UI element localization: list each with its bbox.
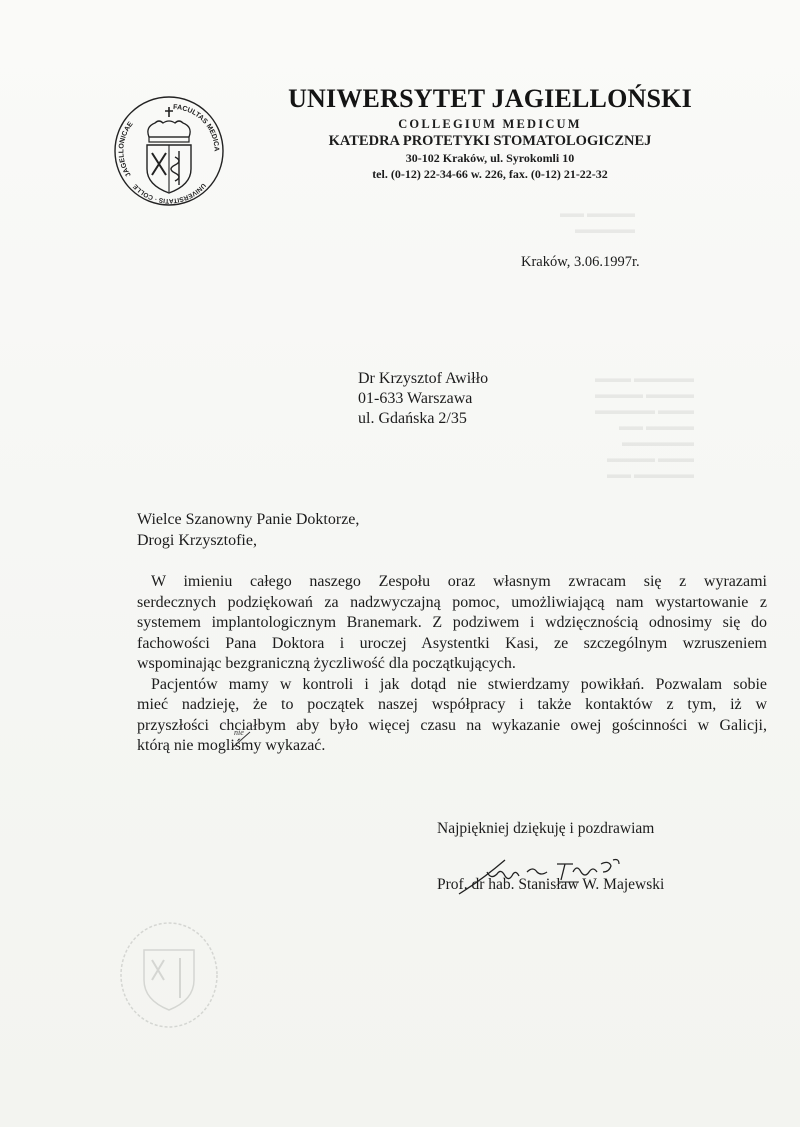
- collegium-name: COLLEGIUM MEDICUM: [270, 116, 710, 132]
- letterhead: UNIWERSYTET JAGIELLOŃSKI COLLEGIUM MEDIC…: [270, 84, 710, 182]
- svg-text:nie: nie: [234, 728, 244, 737]
- body-line: W imieniu całego naszego Zespołu oraz wł…: [137, 572, 767, 593]
- svg-text:JAGELLONICAE: JAGELLONICAE: [118, 121, 135, 178]
- recipient-name: Dr Krzysztof Awiłło: [358, 369, 488, 389]
- closing-line: Najpiękniej dziękuję i pozdrawiam: [437, 820, 654, 838]
- handwritten-correction-icon: nie: [228, 726, 258, 750]
- university-seal-icon: JAGELLONICAE FACULTAS MEDICA UNIVERSITAT…: [113, 95, 225, 207]
- department-name: KATEDRA PROTETYKI STOMATOLOGICZNEJ: [270, 132, 710, 150]
- salutation: Wielce Szanowny Panie Doktorze, Drogi Kr…: [137, 509, 359, 551]
- body-line: mieć nadzieję, że to początek naszej wsp…: [137, 695, 767, 716]
- body-line: wspominając bezgraniczną życzliwość dla …: [137, 654, 767, 675]
- recipient-street: ul. Gdańska 2/35: [358, 409, 488, 429]
- department-phone: tel. (0-12) 22-34-66 w. 226, fax. (0-12)…: [270, 166, 710, 182]
- faint-stamp-icon: [118, 920, 220, 1030]
- body-line: fachowości Pana Doktora i uroczej Asyste…: [137, 634, 767, 655]
- letter-page: ▬▬▬▬ ▬▬▬▬▬▬▬ ▬▬▬▬▬ ▬▬▬▬▬▬▬ ▬▬▬▬▬▬▬ ▬▬▬▬▬…: [0, 0, 800, 1127]
- signer-name: Prof. dr hab. Stanisław W. Majewski: [437, 876, 664, 894]
- paragraph-1: W imieniu całego naszego Zespołu oraz wł…: [137, 572, 767, 675]
- show-through-texture: ▬▬▬▬ ▬▬▬▬▬▬▬: [560, 205, 635, 237]
- university-name: UNIWERSYTET JAGIELLOŃSKI: [270, 84, 710, 114]
- body-line: Pacjentów mamy w kontroli i jak dotąd ni…: [137, 675, 767, 696]
- salutation-line-1: Wielce Szanowny Panie Doktorze,: [137, 509, 359, 530]
- show-through-texture: ▬▬▬▬▬ ▬▬▬▬▬▬▬ ▬▬▬▬▬▬▬ ▬▬▬▬▬▬▬▬▬ ▬▬▬▬▬▬▬▬…: [595, 370, 694, 482]
- letter-date: Kraków, 3.06.1997r.: [521, 254, 640, 271]
- department-address: 30-102 Kraków, ul. Syrokomli 10: [270, 150, 710, 166]
- recipient-address: Dr Krzysztof Awiłło 01-633 Warszawa ul. …: [358, 369, 488, 429]
- salutation-line-2: Drogi Krzysztofie,: [137, 530, 359, 551]
- body-line: systemem implantologicznym Branemark. Z …: [137, 613, 767, 634]
- body-line: serdecznych podziękowań za nadzwyczajną …: [137, 593, 767, 614]
- recipient-city: 01-633 Warszawa: [358, 389, 488, 409]
